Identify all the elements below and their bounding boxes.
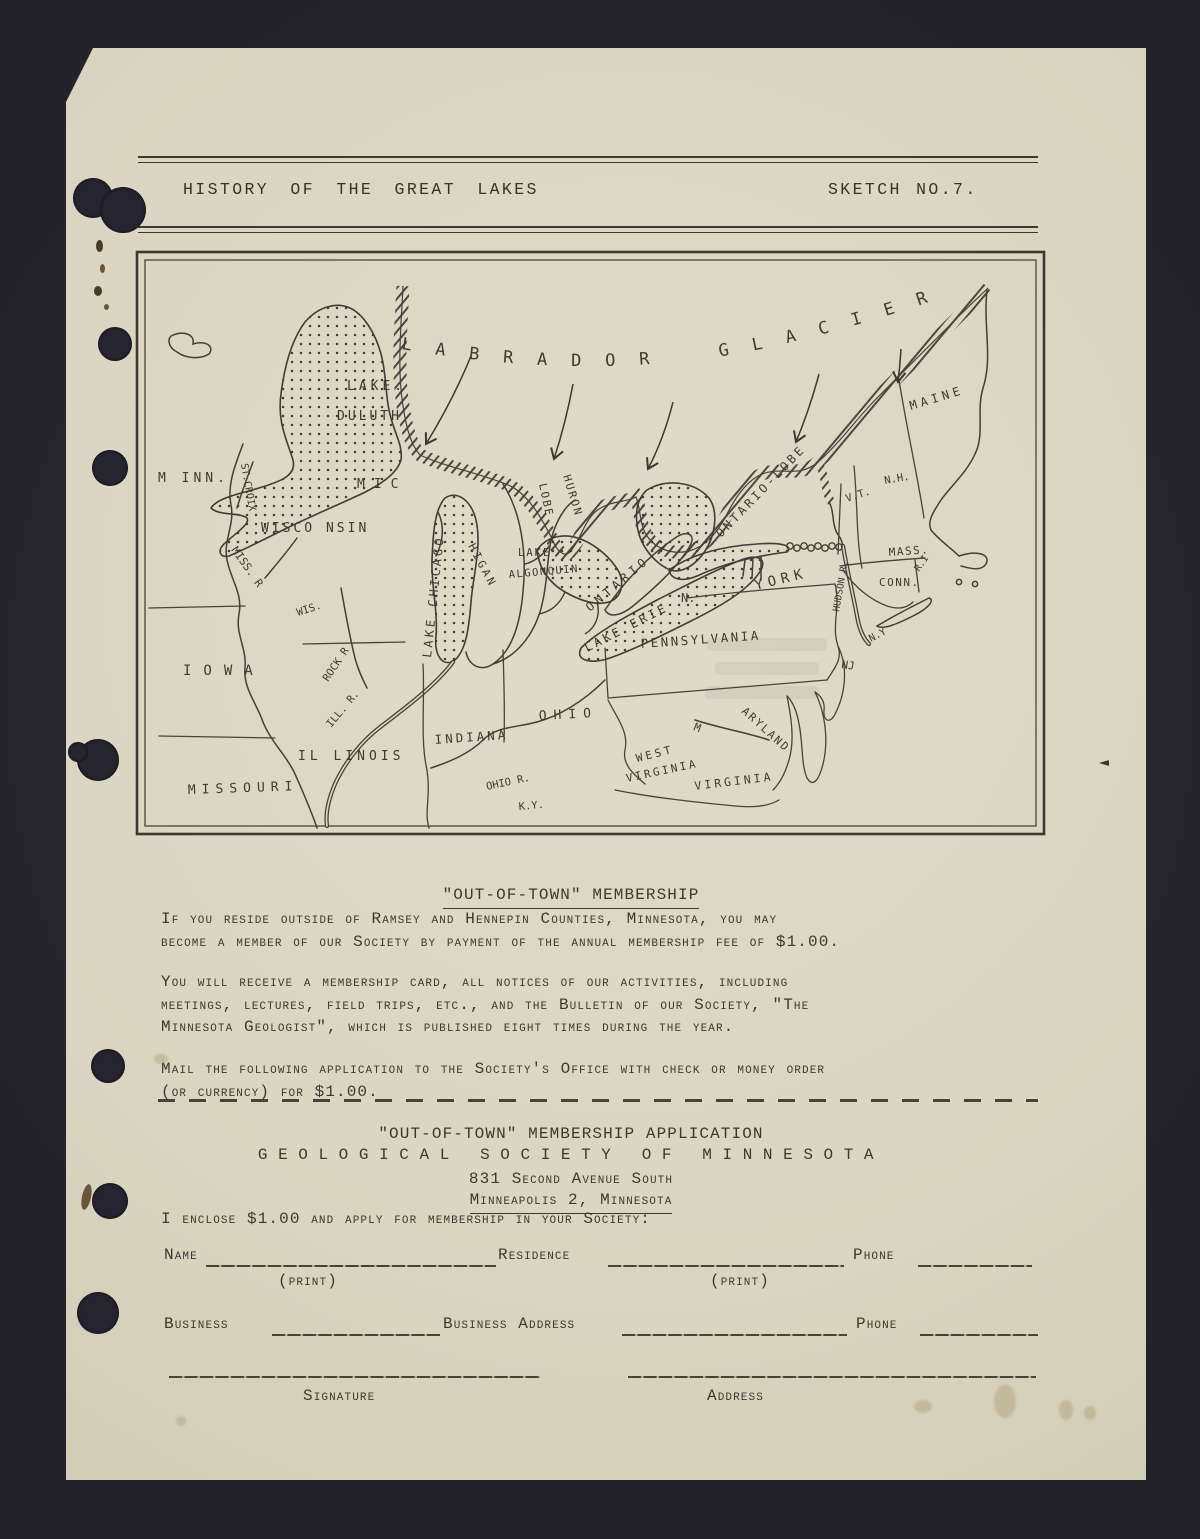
- header-rule-top-1: [138, 156, 1038, 158]
- map-label-new-jersey: NJ: [841, 658, 856, 673]
- punch-hole-1b: [100, 187, 146, 233]
- map-label-virginia: VIRGINIA: [694, 769, 775, 793]
- sketch-number: SKETCH NO.7.: [828, 179, 978, 202]
- map-label-maine: MAINE: [908, 383, 966, 413]
- map-label-michigan-upper: MIC: [357, 477, 407, 492]
- glacial-great-lakes-sketch-map: LABRADOR GLACIER M INN. WISCO NSIN IOWA …: [135, 250, 1046, 836]
- map-label-maryland-m: M: [692, 721, 703, 736]
- tear-speck-1: [96, 240, 103, 252]
- membership-title: "OUT-OF-TOWN" MEMBERSHIP: [443, 884, 700, 909]
- residence-print-note: (print): [710, 1270, 770, 1293]
- map-label-new-hampshire: N.H.: [883, 471, 910, 487]
- map-label-lake-duluth-2: DULUTH: [337, 409, 402, 424]
- header-rule-bottom-2: [138, 232, 1038, 233]
- lake-duluth-shape: [211, 305, 401, 556]
- business-input-line: [272, 1334, 440, 1336]
- margin-mark: [1099, 760, 1109, 766]
- address-input-line: [628, 1376, 1036, 1378]
- map-label-kentucky: K.Y.: [518, 799, 544, 813]
- tear-speck-4: [104, 304, 109, 310]
- business-phone-input-line: [920, 1334, 1038, 1336]
- address-label: Address: [707, 1385, 764, 1408]
- residence-input-line: [608, 1265, 844, 1267]
- application-organization: GEOLOGICAL SOCIETY OF MINNESOTA: [161, 1144, 981, 1167]
- signature-input-line: [169, 1376, 540, 1378]
- stain-1: [154, 1054, 168, 1064]
- phone-input-line: [918, 1265, 1032, 1267]
- residence-label: Residence: [498, 1244, 570, 1267]
- punch-hole-3: [92, 450, 128, 486]
- tear-speck-3: [94, 286, 102, 296]
- stain-5: [1084, 1406, 1096, 1420]
- map-label-hudson-river: HUDSON R.: [831, 560, 851, 613]
- signature-label: Signature: [303, 1385, 375, 1408]
- state-borders: [149, 380, 925, 828]
- application-address-1: 831 Second Avenue South: [161, 1168, 981, 1191]
- stain-3: [994, 1384, 1016, 1418]
- bleed-through-ghost: [705, 638, 827, 699]
- map-label-ontario-lobe: ONTARIO-LOBE: [713, 442, 808, 540]
- name-input-line: [206, 1265, 496, 1267]
- application-statement: I enclose $1.00 and apply for membership…: [161, 1208, 651, 1231]
- membership-paragraph-2: You will receive a membership card, all …: [161, 971, 809, 1039]
- map-label-maryland-rest: ARYLAND: [739, 705, 793, 755]
- map-label-wisconsin-river: WIS.: [295, 600, 323, 619]
- map-label-vermont: V.T.: [844, 486, 872, 505]
- map-label-ohio-river: OHIO R.: [485, 772, 531, 793]
- scanned-page: HISTORY OF THE GREAT LAKES SKETCH NO.7.: [66, 48, 1146, 1480]
- business-phone-label: Phone: [856, 1313, 898, 1336]
- stain-2: [914, 1400, 932, 1413]
- map-label-lake-duluth-1: LAKE.: [347, 379, 406, 394]
- map-label-rock-river: ROCK R: [321, 645, 353, 684]
- mohawk-beaded-channel: [787, 543, 842, 551]
- punch-hole-2: [98, 327, 132, 361]
- business-label: Business: [164, 1313, 229, 1336]
- map-label-new-york-n: N.: [681, 591, 695, 605]
- map-label-illinois-river: ILL. R.: [324, 688, 362, 730]
- punch-hole-7: [77, 1292, 119, 1334]
- map-label-lake-algonquin-1: LAKE: [518, 547, 551, 559]
- stain-6: [176, 1416, 186, 1426]
- business-address-input-line: [622, 1334, 847, 1336]
- map-label-west-virginia-1: WEST: [635, 743, 676, 765]
- map-label-connecticut: CONN.: [879, 576, 920, 589]
- page-title: HISTORY OF THE GREAT LAKES: [183, 179, 539, 202]
- hudson-river-channel: [843, 546, 869, 644]
- glacier-label: LABRADOR GLACIER: [400, 280, 952, 371]
- map-label-minn: M INN.: [158, 471, 229, 486]
- tear-speck-2: [100, 264, 105, 273]
- map-label-ohio: OHIO: [538, 706, 598, 724]
- punch-hole-6: [92, 1183, 128, 1219]
- map-label-wisconsin: WISCO NSIN: [261, 521, 369, 536]
- map-label-indiana: INDIANA: [434, 727, 509, 747]
- map-label-iowa: IOWA: [183, 663, 265, 679]
- membership-paragraph-1: If you reside outside of Ramsey and Henn…: [161, 908, 840, 953]
- map-label-illinois: IL LINOIS: [298, 749, 404, 764]
- name-label: Name: [164, 1244, 198, 1267]
- phone-label: Phone: [853, 1244, 895, 1267]
- application-title: "OUT-OF-TOWN" MEMBERSHIP APPLICATION: [161, 1123, 981, 1146]
- header-rule-bottom-1: [138, 226, 1038, 228]
- stain-4: [1059, 1400, 1073, 1420]
- membership-paragraph-3: Mail the following application to the So…: [161, 1058, 825, 1103]
- membership-title-row: "OUT-OF-TOWN" MEMBERSHIP: [161, 884, 981, 909]
- header-rule-top-2: [138, 162, 1038, 163]
- punch-hole-5: [91, 1049, 125, 1083]
- punch-hole-4b: [68, 742, 88, 762]
- business-address-label: Business Address: [443, 1313, 575, 1336]
- map-label-long-island: N.Y: [867, 626, 888, 644]
- tear-off-separator: [158, 1099, 1038, 1102]
- map-label-missouri: MISSOURI: [188, 779, 299, 798]
- name-print-note: (print): [278, 1270, 338, 1293]
